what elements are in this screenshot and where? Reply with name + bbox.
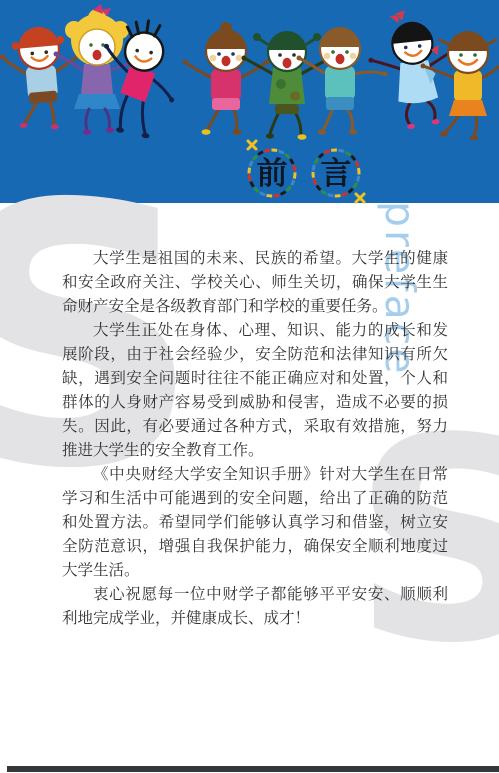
- children-illustration: [0, 0, 499, 140]
- body-text: 大学生是祖国的未来、民族的希望。大学生的健康和安全政府关注、学校关心、师生关切，…: [62, 246, 448, 630]
- title-char-1: 前: [257, 156, 288, 192]
- page-title: 前 言: [238, 136, 380, 210]
- kid-7: [364, 5, 465, 132]
- title-ring-2: 言: [313, 150, 359, 196]
- kid-2: [54, 4, 141, 135]
- paragraph-2: 大学生正处在身体、心理、知识、能力的成长和发展阶段，由于社会经验少，安全防范和法…: [62, 318, 448, 462]
- paragraph-3: 《中央财经大学安全知识手册》针对大学生在日常学习和生活中可能遇到的安全问题，给出…: [62, 462, 448, 582]
- title-char-2: 言: [321, 156, 352, 192]
- paragraph-4: 衷心祝愿每一位中财学子都能够平平安安、顺顺利利地完成学业，并健康成长、成才！: [62, 582, 448, 630]
- header-banner: 前 言: [0, 0, 499, 203]
- title-ring-1: 前: [249, 150, 295, 196]
- kid-5: [242, 31, 333, 140]
- footer-rule: [7, 766, 499, 772]
- paragraph-1: 大学生是祖国的未来、民族的希望。大学生的健康和安全政府关注、学校关心、师生关切，…: [62, 246, 448, 318]
- preface-page: 前 言 S S preface 大学生是祖国的未来、民族的希望。大学生的健康和安…: [0, 0, 499, 773]
